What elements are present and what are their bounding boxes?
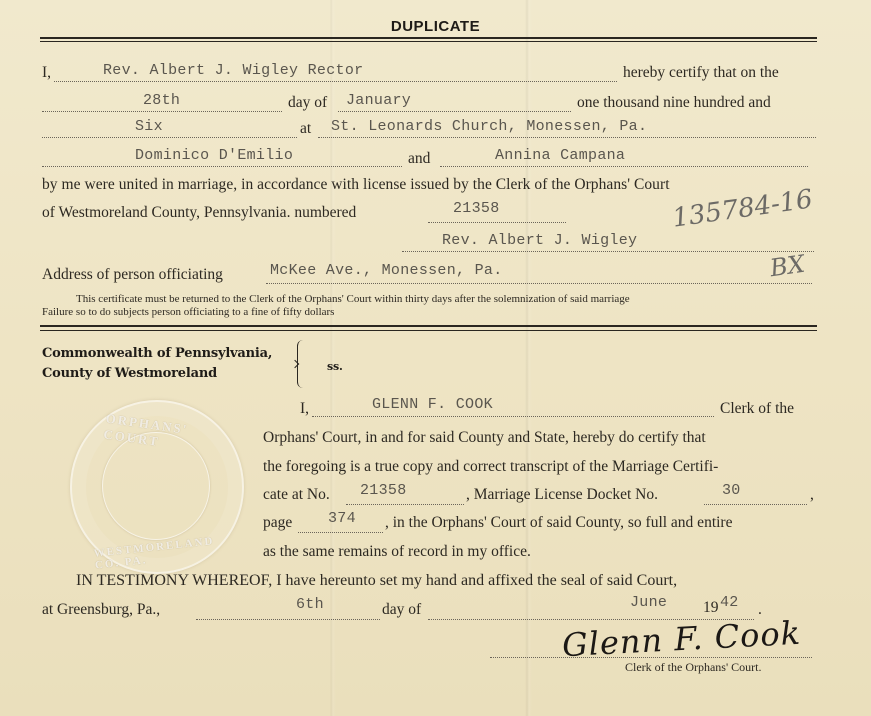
testimony-text: IN TESTIMONY WHEREOF, I have hereunto se… [76, 572, 677, 590]
page-no-field-line [298, 532, 383, 533]
attestation-line3: the foregoing is a true copy and correct… [263, 458, 718, 476]
certificate-no-label: cate at No. [263, 486, 330, 504]
officiant-address: McKee Ave., Monessen, Pa. [270, 262, 503, 279]
docket-no-label: , Marriage License Docket No. [466, 486, 658, 504]
clerk-name: GLENN F. COOK [372, 396, 493, 413]
venue-commonwealth: Commonwealth of Pennsylvania, [42, 346, 272, 361]
license-number: 21358 [453, 200, 500, 217]
address-label: Address of person officiating [42, 266, 223, 284]
clerk-signature-line [490, 657, 812, 658]
page-number: 374 [328, 510, 356, 527]
officiant-signature-line [402, 251, 814, 252]
page-label: page [263, 514, 292, 532]
license-number-field-line [428, 222, 566, 223]
county-text: of Westmoreland County, Pennsylvania. nu… [42, 204, 356, 222]
penalty-notice: Failure so to do subjects person officia… [42, 306, 334, 318]
date-line-prefix: at Greensburg, Pa., [42, 601, 160, 619]
attestation-line6: as the same remains of record in my offi… [263, 543, 531, 561]
section-divider-top [40, 325, 817, 327]
line2-suffix: one thousand nine hundred and [577, 94, 771, 112]
handwritten-initials: BX [768, 250, 806, 283]
venue-brace [297, 340, 306, 388]
venue-county: County of Westmoreland [42, 366, 217, 381]
place-field-line [318, 137, 816, 138]
bride-name: Annina Campana [495, 147, 625, 164]
officiant-field-line [54, 81, 617, 82]
section-divider-bottom [40, 330, 817, 331]
and-label: and [408, 150, 430, 168]
header-rule-top [40, 37, 817, 39]
address-field-line [266, 283, 812, 284]
clerk-name-field-line [312, 416, 714, 417]
clerk-title: Clerk of the Orphans' Court. [625, 660, 761, 675]
header-rule-bottom [40, 41, 817, 42]
officiant-name: Rev. Albert J. Wigley Rector [103, 62, 363, 79]
day-field-line [42, 111, 282, 112]
clerk-line-suffix: Clerk of the [720, 400, 794, 418]
groom-field-line [42, 166, 402, 167]
attest-month: June [630, 594, 667, 611]
line1-prefix: I, [42, 64, 51, 82]
certificate-no-field-line [346, 504, 464, 505]
groom-name: Dominico D'Emilio [135, 147, 293, 164]
officiant-signature: Rev. Albert J. Wigley [442, 232, 637, 249]
certificate-number: 21358 [360, 482, 407, 499]
line1-suffix: hereby certify that on the [623, 64, 779, 82]
attest-day-field-line [196, 619, 380, 620]
day-of-label: day of [288, 94, 327, 112]
docket-comma: , [810, 486, 814, 504]
page-line-suffix: , in the Orphans' Court of said County, … [385, 514, 732, 532]
year-field-line [42, 137, 297, 138]
docket-number: 30 [722, 482, 741, 499]
month-field-line [338, 111, 571, 112]
attestation-line2: Orphans' Court, in and for said County a… [263, 429, 706, 447]
return-notice: This certificate must be returned to the… [76, 293, 630, 305]
docket-no-field-line [704, 504, 807, 505]
document-title: DUPLICATE [0, 18, 871, 35]
court-seal: ORPHANS' COURT WESTMORELAND CO. PA. [70, 400, 244, 574]
clerk-line-prefix: I, [300, 400, 309, 418]
attest-day: 6th [296, 596, 324, 613]
united-in-marriage-text: by me were united in marriage, in accord… [42, 176, 670, 194]
marriage-year-word: Six [135, 118, 163, 135]
attest-year: 42 [720, 594, 739, 611]
attest-year-prefix: 19 [703, 599, 719, 617]
scilicet-ss: ss. [327, 360, 343, 373]
marriage-day: 28th [143, 92, 180, 109]
marriage-place: St. Leonards Church, Monessen, Pa. [331, 118, 647, 135]
marriage-month: January [346, 92, 411, 109]
at-label: at [300, 120, 311, 138]
bride-field-line [440, 166, 808, 167]
attest-day-of-label: day of [382, 601, 421, 619]
